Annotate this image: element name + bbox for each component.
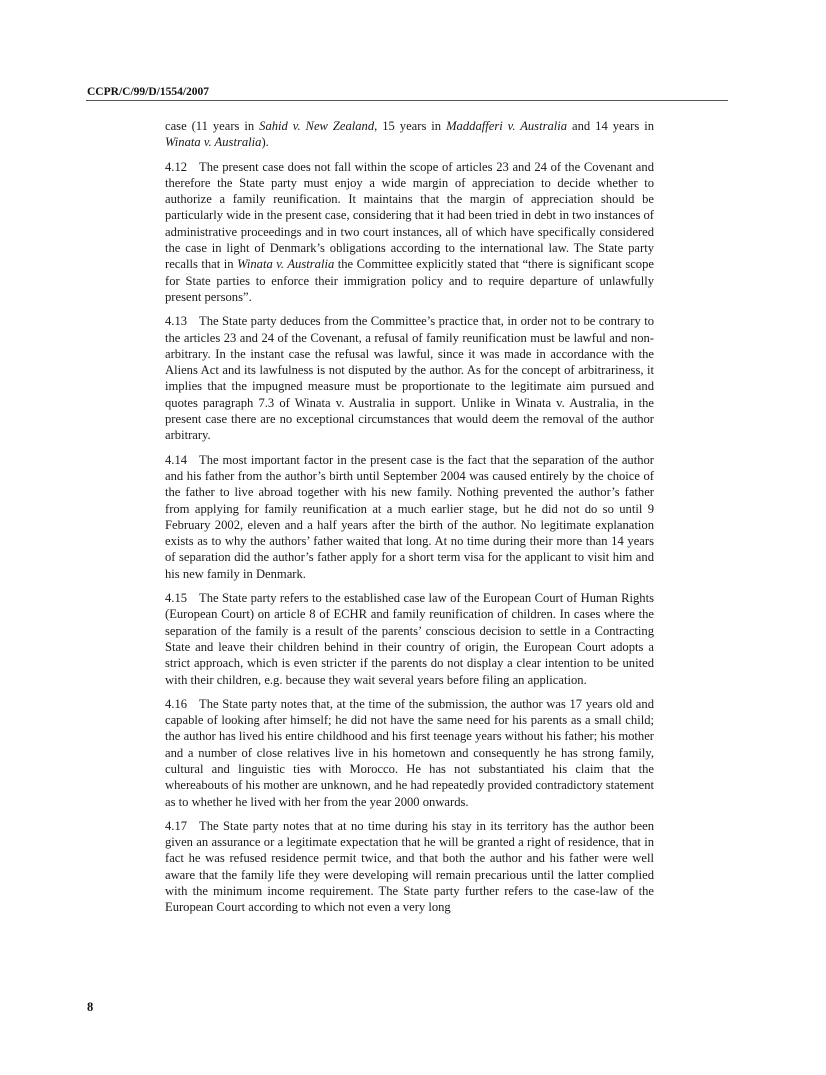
paragraph-number: 4.17 xyxy=(165,818,199,834)
paragraph-text: The State party deduces from the Committ… xyxy=(165,314,654,442)
paragraph-number: 4.15 xyxy=(165,590,199,606)
paragraph-number: 4.14 xyxy=(165,452,199,468)
text-run: case (11 years in xyxy=(165,119,259,133)
paragraph-4-13: 4.13The State party deduces from the Com… xyxy=(165,313,654,443)
paragraph-text: The State party refers to the establishe… xyxy=(165,591,654,686)
text-run: , 15 years in xyxy=(374,119,446,133)
paragraph-text: The State party notes that, at the time … xyxy=(165,697,654,809)
paragraph-4-14: 4.14The most important factor in the pre… xyxy=(165,452,654,582)
continued-paragraph: case (11 years in Sahid v. New Zealand, … xyxy=(165,118,654,151)
paragraph-text: The State party notes that at no time du… xyxy=(165,819,654,914)
text-run: and 14 years in xyxy=(567,119,654,133)
paragraph-text: The most important factor in the present… xyxy=(165,453,654,581)
document-symbol-header: CCPR/C/99/D/1554/2007 xyxy=(87,86,209,98)
document-body: case (11 years in Sahid v. New Zealand, … xyxy=(165,118,654,924)
paragraph-number: 4.12 xyxy=(165,159,199,175)
case-citation: Winata v. Australia xyxy=(237,257,334,271)
paragraph-number: 4.16 xyxy=(165,696,199,712)
text-run: ). xyxy=(261,135,268,149)
paragraph-4-16: 4.16The State party notes that, at the t… xyxy=(165,696,654,810)
header-rule-divider xyxy=(86,100,728,101)
paragraph-4-17: 4.17The State party notes that at no tim… xyxy=(165,818,654,916)
paragraph-4-12: 4.12The present case does not fall withi… xyxy=(165,159,654,306)
case-citation: Winata v. Australia xyxy=(165,135,261,149)
case-citation: Maddafferi v. Australia xyxy=(446,119,567,133)
text-run: The present case does not fall within th… xyxy=(165,160,654,272)
page-number: 8 xyxy=(87,1000,93,1015)
case-citation: Sahid v. New Zealand xyxy=(259,119,374,133)
paragraph-number: 4.13 xyxy=(165,313,199,329)
paragraph-4-15: 4.15The State party refers to the establ… xyxy=(165,590,654,688)
